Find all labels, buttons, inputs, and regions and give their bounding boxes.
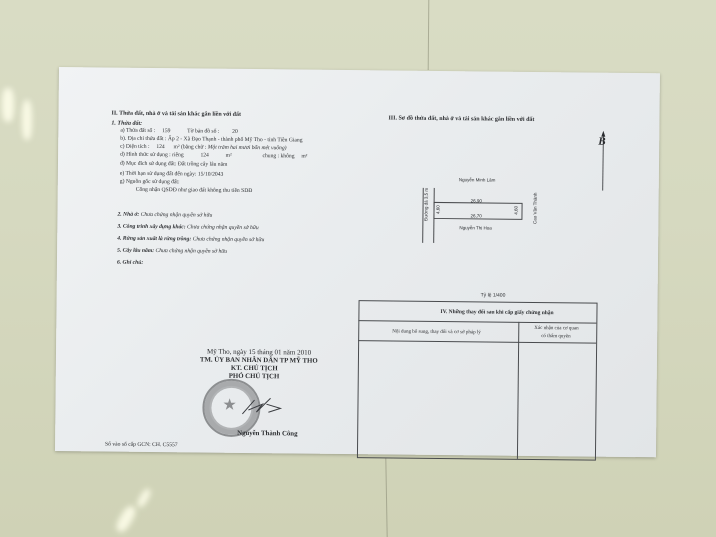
item-value: Chưa chứng nhận quyền sở hữu	[139, 212, 212, 219]
area-row: c) Diện tích : 124 m² (bằng chữ : Một tr…	[120, 145, 286, 152]
usage-shared-unit: m²	[301, 154, 307, 160]
north-label: B	[598, 137, 605, 148]
section-3-title: III. Sơ đồ thửa đất, nhà ở và tài sản kh…	[388, 115, 534, 123]
dimension-bottom: 26,70	[470, 214, 481, 219]
usage-private-value: 124	[200, 152, 208, 158]
neighbor-road: Đường đá 3,5 m	[424, 188, 429, 221]
registry-number: Số vào sổ cấp GCN: CH. C5557	[105, 443, 178, 449]
changes-col-confirm-1: Xác nhận của cơ quan	[534, 326, 578, 331]
usage-form-label: d) Hình thức sử dụng : riêng	[120, 152, 184, 159]
land-certificate-page: II. Thửa đất, nhà ở và tài sản khác gắn …	[55, 67, 660, 457]
item-label: 6. Ghi chú:	[117, 260, 143, 266]
item-value: Chưa chứng nhận quyền sở hữu	[191, 236, 264, 243]
neighbor-bottom: Nguyễn Thị Hoa	[459, 226, 491, 231]
floor-seam	[428, 0, 430, 70]
parcel-row: a) Thửa đất số : 159 Tờ bản đồ số : 20	[120, 129, 237, 136]
origin-label: g) Nguồn gốc sử dụng đất:	[120, 180, 180, 186]
item-value: Chưa chứng nhận quyền sở hữu	[154, 248, 227, 255]
usage-unit: m²	[226, 153, 232, 159]
term-row: e) Thời hạn sử dụng đất đến ngày: 15/10/…	[120, 172, 224, 179]
changes-col-content: Nội dung bổ sung, thay đổi và cơ sở pháp…	[392, 330, 481, 336]
neighbor-top: Nguyễn Minh Lâm	[459, 178, 496, 183]
item-other-construction: 3. Công trình xây dựng khác: Chưa chứng …	[117, 225, 258, 232]
scale-label: Tỷ lệ 1/400	[481, 293, 506, 298]
item-house: 2. Nhà ở: Chưa chứng nhận quyền sở hữu	[117, 213, 212, 220]
signature-icon	[240, 394, 285, 418]
area-label: c) Diện tích :	[120, 144, 149, 150]
usage-shared: chung : không	[262, 153, 294, 159]
area-value: 124	[156, 144, 164, 150]
place-date: Mỹ Tho, ngày 15 tháng 01 năm 2010	[207, 349, 311, 357]
section-2-title: II. Thửa đất, nhà ở và tài sản khác gắn …	[111, 111, 241, 118]
map-sheet-number: 20	[232, 129, 238, 135]
item-label: 2. Nhà ở:	[117, 212, 139, 218]
floor-seam	[385, 458, 387, 537]
light-reflection	[136, 487, 153, 508]
section-4-title: IV. Những thay đổi sau khi cấp giấy chứn…	[440, 310, 553, 317]
item-label: 4. Rừng sản xuất là rừng trồng:	[117, 236, 191, 243]
light-reflection	[22, 100, 32, 140]
dimension-right: 4,60	[514, 206, 519, 215]
changes-cell-content	[358, 341, 517, 457]
origin-value: Công nhận QSDĐ như giao đất không thu ti…	[136, 188, 253, 195]
item-notes: 6. Ghi chú:	[117, 261, 143, 267]
dimension-top: 26,90	[471, 199, 482, 204]
area-unit: m² (bằng chữ :	[174, 144, 207, 150]
signer-name: Nguyễn Thành Công	[237, 431, 297, 438]
changes-cell-confirm	[518, 343, 595, 458]
item-value: Chưa chứng nhận quyền sở hữu	[186, 224, 259, 231]
parcel-label: a) Thửa đất số :	[120, 128, 155, 134]
light-reflection	[114, 504, 138, 534]
item-perennial-trees: 5. Cây lâu năm: Chưa chứng nhận quyền sở…	[117, 249, 227, 256]
parcel-number: 159	[162, 128, 170, 134]
item-label: 5. Cây lâu năm:	[117, 248, 154, 254]
light-reflection	[2, 88, 14, 122]
item-planted-forest: 4. Rừng sản xuất là rừng trồng: Chưa chứ…	[117, 237, 264, 244]
land-heading: 1. Thửa đất:	[111, 121, 142, 127]
dimension-left: 4,60	[436, 205, 441, 214]
changes-col-confirm-2: có thẩm quyền	[541, 334, 570, 339]
neighbor-right: Cao Văn Thành	[533, 193, 538, 224]
item-label: 3. Công trình xây dựng khác:	[117, 224, 185, 231]
area-words: Một trăm hai mươi bốn mét vuông)	[208, 145, 287, 152]
purpose-row: đ) Mục đích sử dụng đất: Đất trồng cây l…	[120, 162, 227, 169]
usage-form-row: d) Hình thức sử dụng : riêng 124 m² chun…	[120, 153, 307, 161]
map-sheet-label: Tờ bản đồ số :	[187, 128, 219, 134]
